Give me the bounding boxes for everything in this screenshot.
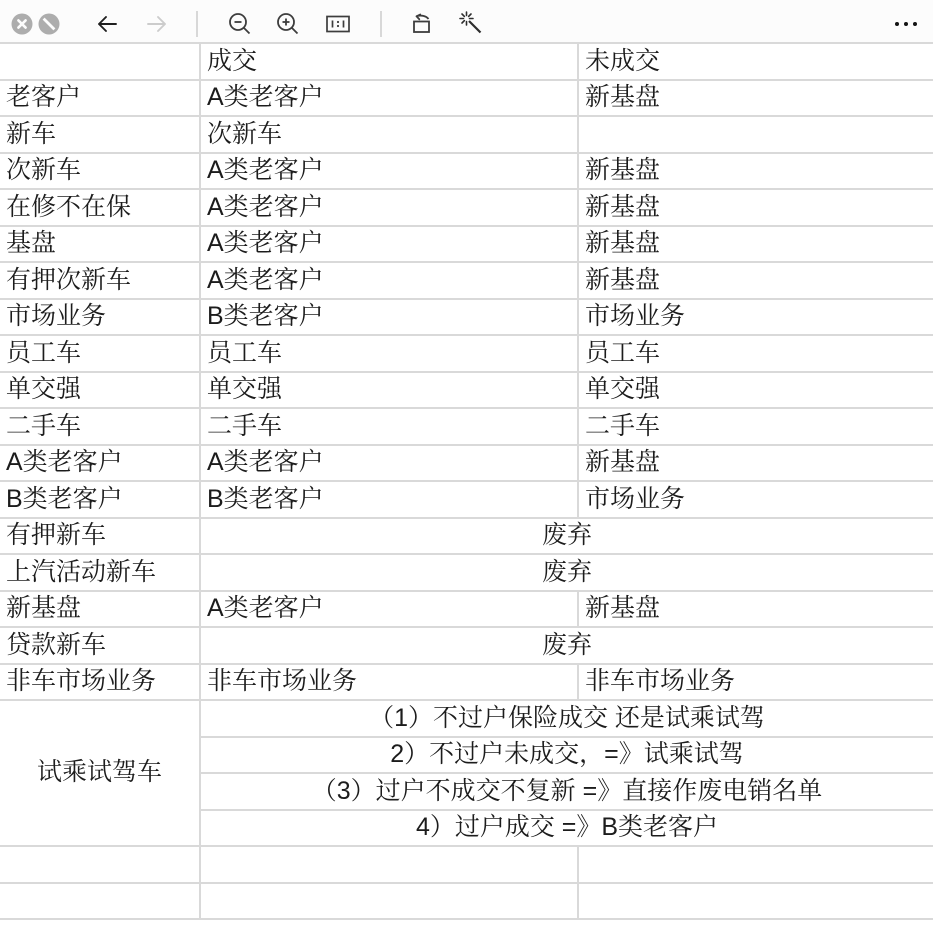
value-cell: 新基盘	[578, 189, 933, 226]
row-label-cell: 贷款新车	[0, 627, 200, 664]
table-row: 非车市场业务非车市场业务非车市场业务	[0, 664, 933, 701]
header-cell: 未成交	[578, 43, 933, 80]
note-line-cell: 2）不过户未成交，=》试乘试驾	[200, 737, 933, 774]
row-label-cell: B类老客户	[0, 481, 200, 518]
actual-size-icon[interactable]	[324, 10, 352, 38]
value-cell: 新基盘	[578, 226, 933, 263]
value-cell: 二手车	[200, 408, 578, 445]
table-row: 新车次新车	[0, 116, 933, 153]
table-row	[0, 883, 933, 920]
block-circle-icon[interactable]	[35, 10, 63, 38]
value-cell: 单交强	[200, 372, 578, 409]
row-label-cell: 非车市场业务	[0, 664, 200, 701]
table-row: 单交强单交强单交强	[0, 372, 933, 409]
value-cell: 新基盘	[578, 153, 933, 190]
table-row: 市场业务B类老客户市场业务	[0, 299, 933, 336]
magic-wand-icon[interactable]	[458, 10, 486, 38]
classification-table: 成交未成交老客户A类老客户新基盘新车次新车次新车A类老客户新基盘在修不在保A类老…	[0, 42, 933, 920]
value-cell: 非车市场业务	[578, 664, 933, 701]
merged-value-cell: 废弃	[200, 518, 933, 555]
note-line-cell: 4）过户成交 =》B类老客户	[200, 810, 933, 847]
value-cell	[200, 883, 578, 920]
table-row: 次新车A类老客户新基盘	[0, 153, 933, 190]
table-row: 有押次新车A类老客户新基盘	[0, 262, 933, 299]
value-cell: 非车市场业务	[200, 664, 578, 701]
table-row: 员工车员工车员工车	[0, 335, 933, 372]
value-cell	[578, 116, 933, 153]
row-label-cell: 次新车	[0, 153, 200, 190]
row-label-cell: 市场业务	[0, 299, 200, 336]
value-cell: 市场业务	[578, 481, 933, 518]
classification-table-body: 成交未成交老客户A类老客户新基盘新车次新车次新车A类老客户新基盘在修不在保A类老…	[0, 43, 933, 919]
table-row: 老客户A类老客户新基盘	[0, 80, 933, 117]
image-viewer-toolbar	[0, 0, 933, 42]
row-label-cell	[0, 883, 200, 920]
value-cell: 二手车	[578, 408, 933, 445]
value-cell: A类老客户	[200, 591, 578, 628]
value-cell: 员工车	[578, 335, 933, 372]
value-cell: B类老客户	[200, 481, 578, 518]
table-row: 成交未成交	[0, 43, 933, 80]
value-cell: A类老客户	[200, 80, 578, 117]
row-label-cell: 二手车	[0, 408, 200, 445]
merged-value-cell: 废弃	[200, 554, 933, 591]
row-label-cell: 老客户	[0, 80, 200, 117]
merged-value-cell: 废弃	[200, 627, 933, 664]
close-circle-icon[interactable]	[8, 10, 36, 38]
table-row: B类老客户B类老客户市场业务	[0, 481, 933, 518]
value-cell: 单交强	[578, 372, 933, 409]
table-row: 有押新车废弃	[0, 518, 933, 555]
row-label-cell: A类老客户	[0, 445, 200, 482]
table-row: A类老客户A类老客户新基盘	[0, 445, 933, 482]
value-cell: A类老客户	[200, 445, 578, 482]
row-label-cell	[0, 846, 200, 883]
table-row: 二手车二手车二手车	[0, 408, 933, 445]
table-row: 上汽活动新车废弃	[0, 554, 933, 591]
value-cell: 市场业务	[578, 299, 933, 336]
header-cell: 成交	[200, 43, 578, 80]
table-row: 贷款新车废弃	[0, 627, 933, 664]
zoom-in-icon[interactable]	[274, 10, 302, 38]
value-cell	[578, 883, 933, 920]
toolbar-divider	[380, 11, 382, 37]
block-label-cell: 试乘试驾车	[0, 700, 200, 846]
value-cell: 新基盘	[578, 591, 933, 628]
value-cell: 新基盘	[578, 445, 933, 482]
back-arrow-icon[interactable]	[93, 10, 121, 38]
row-label-cell: 单交强	[0, 372, 200, 409]
row-label-cell: 新车	[0, 116, 200, 153]
row-label-cell: 员工车	[0, 335, 200, 372]
row-label-cell: 基盘	[0, 226, 200, 263]
row-label-cell: 新基盘	[0, 591, 200, 628]
value-cell: A类老客户	[200, 226, 578, 263]
rotate-icon[interactable]	[408, 10, 436, 38]
more-icon[interactable]	[892, 10, 920, 38]
value-cell: 新基盘	[578, 80, 933, 117]
value-cell	[578, 846, 933, 883]
value-cell: 次新车	[200, 116, 578, 153]
table-row: 基盘A类老客户新基盘	[0, 226, 933, 263]
row-label-cell: 有押新车	[0, 518, 200, 555]
row-label-cell: 上汽活动新车	[0, 554, 200, 591]
value-cell: A类老客户	[200, 262, 578, 299]
table-row	[0, 846, 933, 883]
note-line-cell: （3）过户不成交不复新 =》直接作废电销名单	[200, 773, 933, 810]
value-cell: B类老客户	[200, 299, 578, 336]
forward-arrow-icon[interactable]	[143, 10, 171, 38]
toolbar-divider	[196, 11, 198, 37]
value-cell: A类老客户	[200, 189, 578, 226]
table-row: 试乘试驾车（1）不过户保险成交 还是试乘试驾	[0, 700, 933, 737]
row-label-cell: 有押次新车	[0, 262, 200, 299]
row-label-cell: 在修不在保	[0, 189, 200, 226]
note-line-cell: （1）不过户保险成交 还是试乘试驾	[200, 700, 933, 737]
value-cell: 新基盘	[578, 262, 933, 299]
row-label-cell	[0, 43, 200, 80]
table-row: 在修不在保A类老客户新基盘	[0, 189, 933, 226]
value-cell: 员工车	[200, 335, 578, 372]
zoom-out-icon[interactable]	[226, 10, 254, 38]
value-cell: A类老客户	[200, 153, 578, 190]
table-row: 新基盘A类老客户新基盘	[0, 591, 933, 628]
value-cell	[200, 846, 578, 883]
